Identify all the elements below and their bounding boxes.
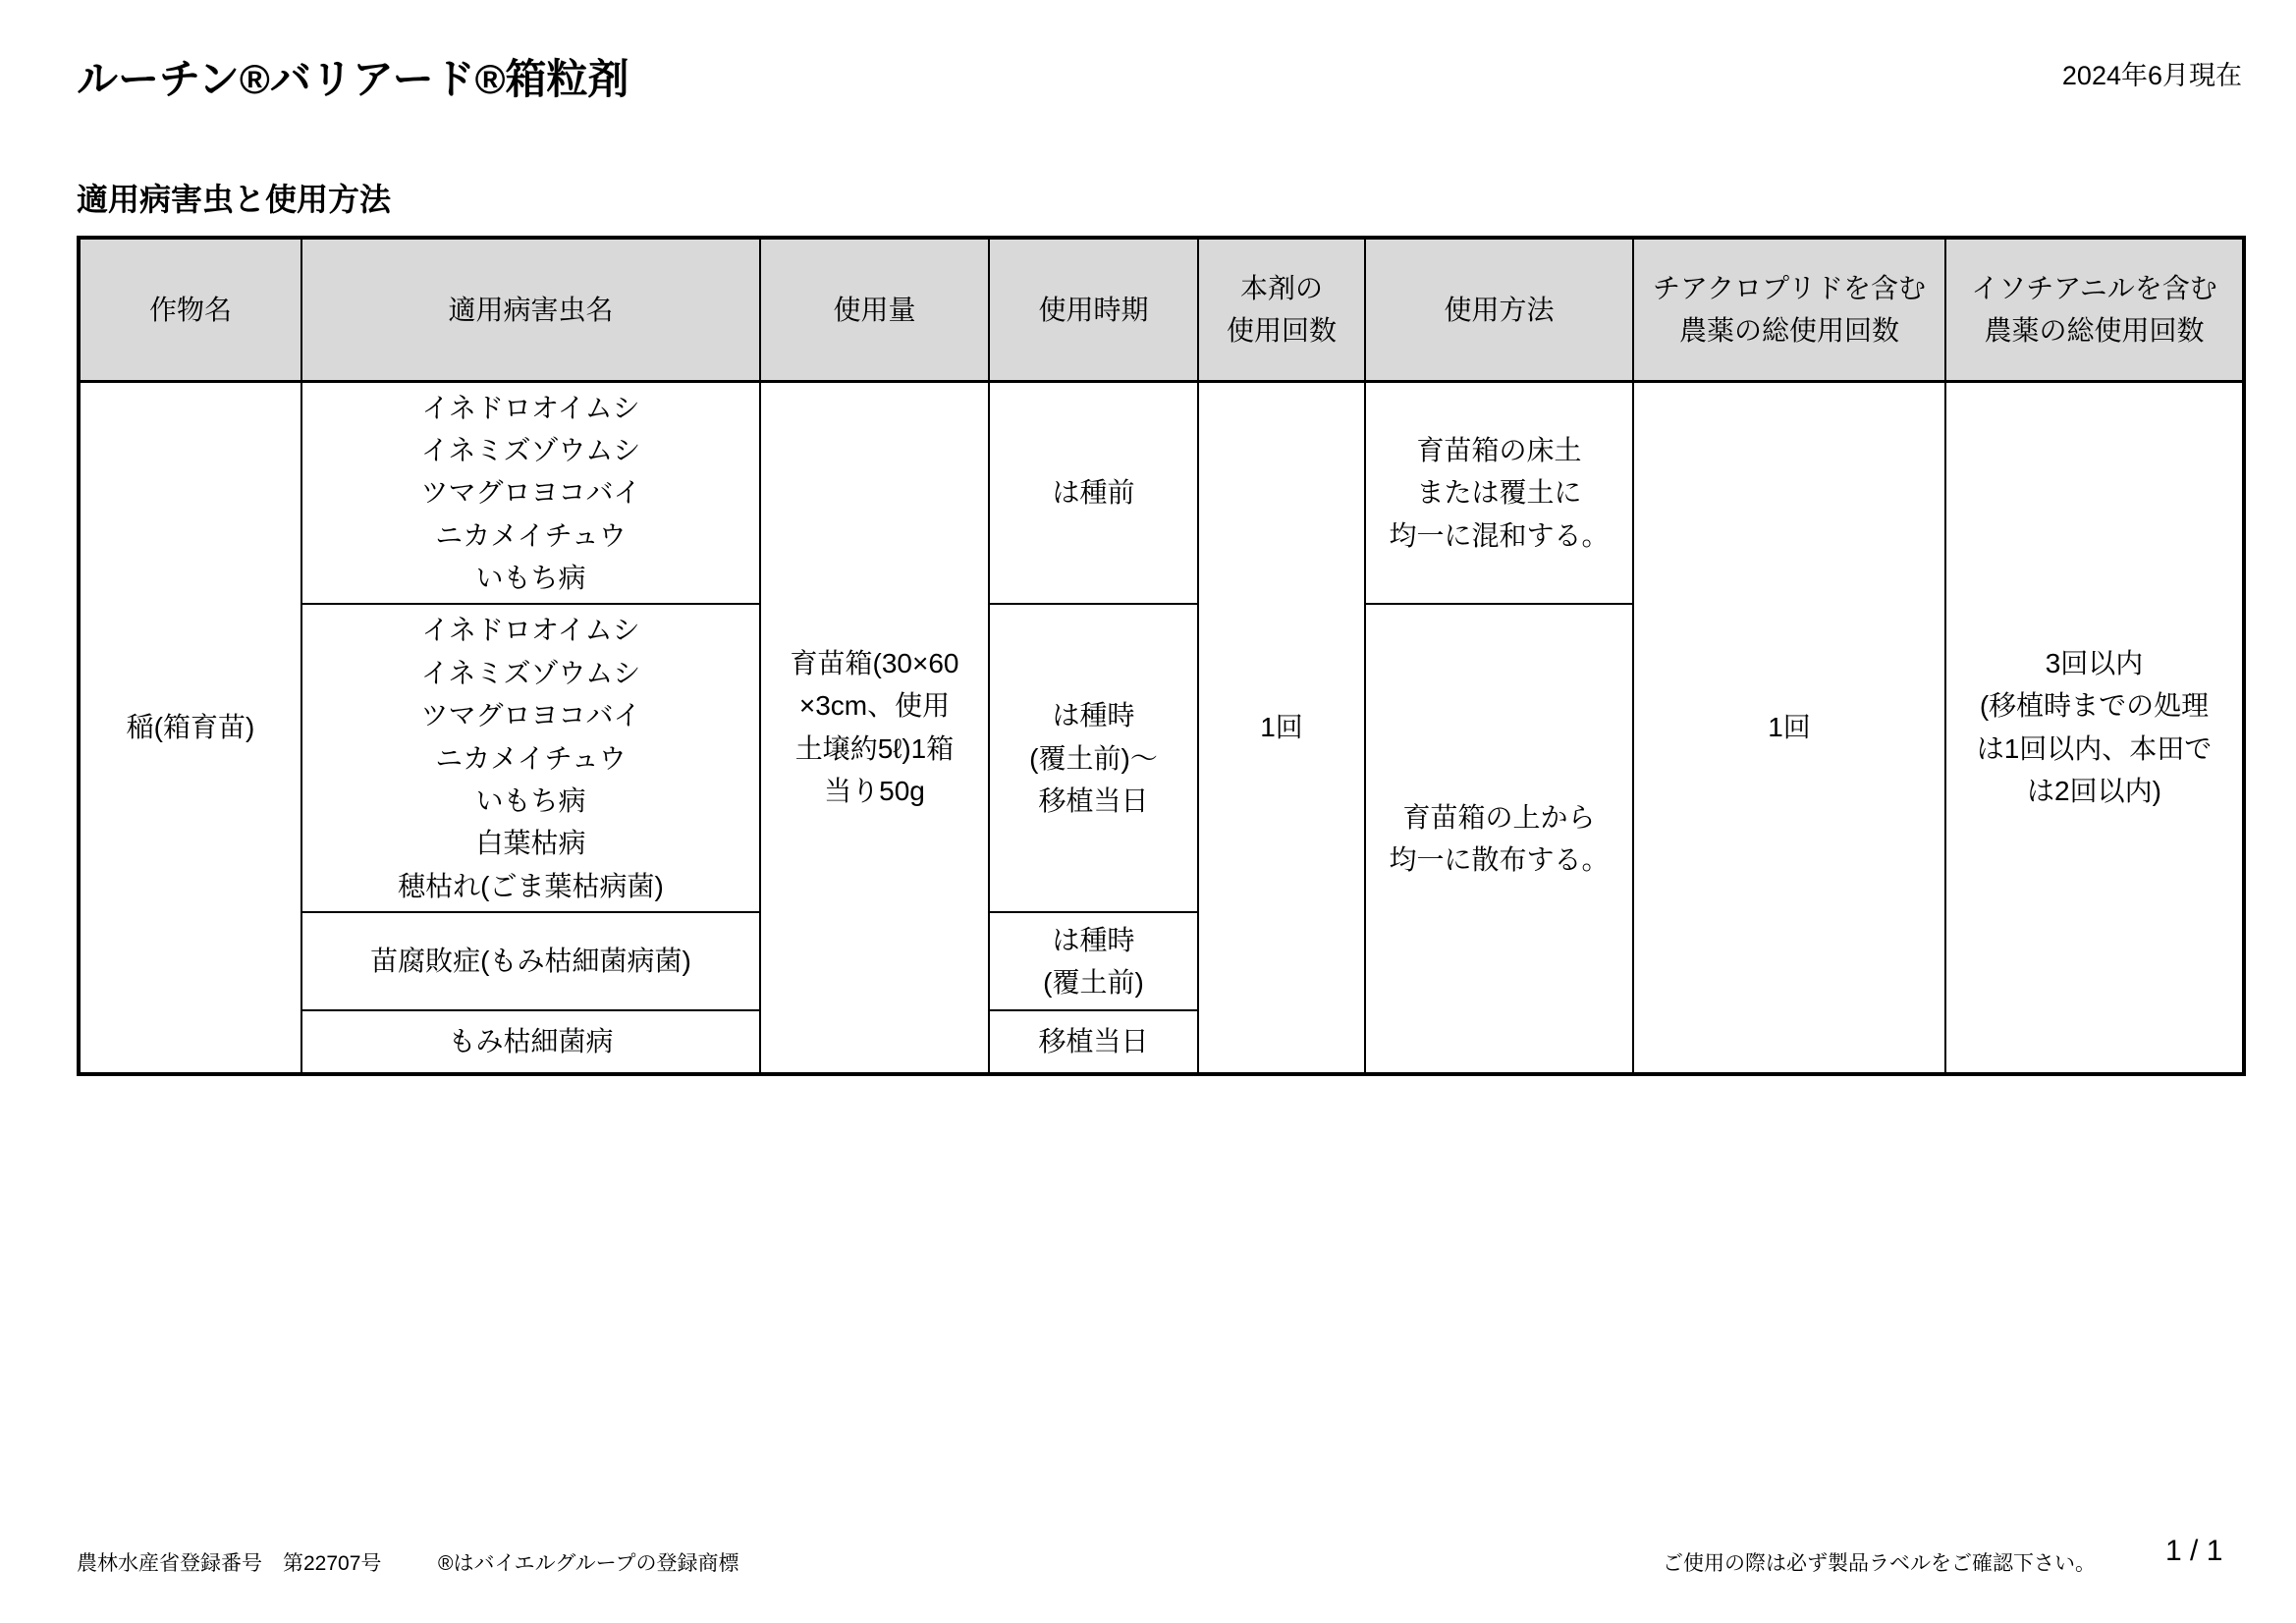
cell-method-2: 育苗箱の上から 均一に散布する。 bbox=[1365, 604, 1633, 1074]
col-header-dosage: 使用量 bbox=[760, 238, 989, 381]
cell-pests-4: もみ枯細菌病 bbox=[301, 1010, 760, 1074]
usage-table: 作物名 適用病害虫名 使用量 使用時期 本剤の 使用回数 使用方法 チアクロプリ… bbox=[77, 236, 2246, 1076]
col-header-isotianil-total: イソチアニルを含む 農薬の総使用回数 bbox=[1945, 238, 2244, 381]
col-header-thiacloprid-total: チアクロプリドを含む 農薬の総使用回数 bbox=[1633, 238, 1945, 381]
col-header-crop-name: 作物名 bbox=[79, 238, 301, 381]
cell-thiacloprid-total: 1回 bbox=[1633, 381, 1945, 1074]
page-title: ルーチン®バリアード®箱粒剤 bbox=[77, 47, 629, 106]
table-row: 稲(箱育苗) イネドロオイムシ イネミズゾウムシ ツマグロヨコバイ ニカメイチュ… bbox=[79, 381, 2244, 604]
col-header-method: 使用方法 bbox=[1365, 238, 1633, 381]
document-page: ルーチン®バリアード®箱粒剤 2024年6月現在 適用病害虫と使用方法 作物名 … bbox=[0, 0, 2296, 1623]
registration-number: 農林水産省登録番号 第22707号 bbox=[77, 1547, 381, 1577]
cell-method-1: 育苗箱の床土 または覆土に 均一に混和する。 bbox=[1365, 381, 1633, 604]
cell-pests-2: イネドロオイムシ イネミズゾウムシ ツマグロヨコバイ ニカメイチュウ いもち病 … bbox=[301, 604, 760, 912]
cell-timing-1: は種前 bbox=[989, 381, 1198, 604]
col-header-product-uses: 本剤の 使用回数 bbox=[1198, 238, 1365, 381]
cell-timing-4: 移植当日 bbox=[989, 1010, 1198, 1074]
col-header-timing: 使用時期 bbox=[989, 238, 1198, 381]
cell-product-uses: 1回 bbox=[1198, 381, 1365, 1074]
section-heading: 適用病害虫と使用方法 bbox=[77, 175, 391, 220]
cell-timing-3: は種時 (覆土前) bbox=[989, 912, 1198, 1010]
cell-dosage: 育苗箱(30×60 ×3cm、使用 土壌約5ℓ)1箱 当り50g bbox=[760, 381, 989, 1074]
header-row: 作物名 適用病害虫名 使用量 使用時期 本剤の 使用回数 使用方法 チアクロプリ… bbox=[79, 238, 2244, 381]
cell-timing-2: は種時 (覆土前)～ 移植当日 bbox=[989, 604, 1198, 912]
usage-note: ご使用の際は必ず製品ラベルをご確認下さい。 bbox=[1663, 1547, 2096, 1577]
cell-crop-name: 稲(箱育苗) bbox=[79, 381, 301, 1074]
trademark-note: ®はバイエルグループの登録商標 bbox=[438, 1547, 739, 1577]
revision-date: 2024年6月現在 bbox=[2062, 54, 2242, 92]
cell-pests-1: イネドロオイムシ イネミズゾウムシ ツマグロヨコバイ ニカメイチュウ いもち病 bbox=[301, 381, 760, 604]
page-number: 1 / 1 bbox=[2165, 1535, 2222, 1568]
col-header-pest-name: 適用病害虫名 bbox=[301, 238, 760, 381]
cell-isotianil-total: 3回以内 (移植時までの処理 は1回以内、本田で は2回以内) bbox=[1945, 381, 2244, 1074]
cell-pests-3: 苗腐敗症(もみ枯細菌病菌) bbox=[301, 912, 760, 1010]
